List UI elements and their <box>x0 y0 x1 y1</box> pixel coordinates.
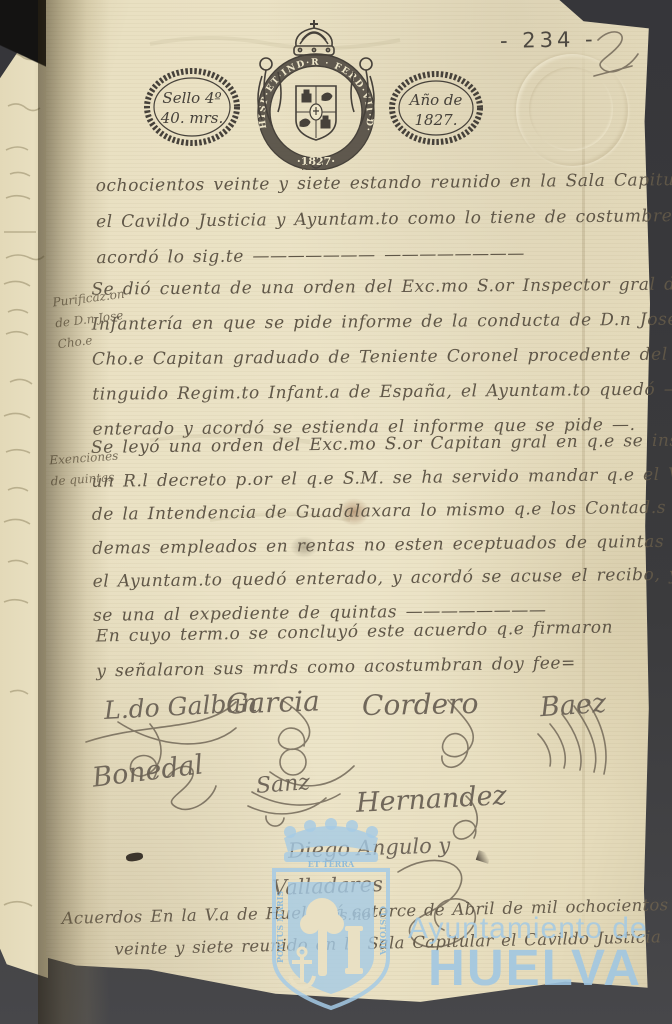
quartered-shield <box>296 86 336 140</box>
right-oval-stamp: Año de 1827. <box>388 68 484 148</box>
royal-coat-of-arms-stamp: HISP·ET·IND·R · FERD·VII·D·G ·1827· <box>252 12 380 170</box>
handwritten-line: el Ayuntam.to quedó enterado, y acordó s… <box>92 558 672 599</box>
dry-seal-inner-ring <box>529 67 613 151</box>
signature-baez: Baez <box>539 688 607 724</box>
signature-sanz: Sanz <box>255 770 311 799</box>
paragraph-royal-decree: Se leyó una orden del Exc.mo S.or Capita… <box>91 424 672 633</box>
margin-word-acuerdos: Acuerdos <box>61 907 142 928</box>
scanned-document-photo: Sello 4º 40. mrs. HISP·ET·IND·R · FERD·V… <box>0 0 672 1024</box>
paragraph-conduct-report: Se dió cuenta de una orden del Exc.mo S.… <box>91 267 672 447</box>
handwritten-line: Cho.e Capitan graduado de Teniente Coron… <box>92 337 672 377</box>
embossed-dry-seal <box>516 54 628 166</box>
stamp-price: 40. mrs. <box>160 109 223 127</box>
stamp-denomination: Sello 4º <box>162 89 221 107</box>
signature-cordero: Cordero <box>362 687 479 722</box>
paragraph-closing-formula: En cuyo term.o se concluyó este acuerdo … <box>95 610 614 689</box>
left-oval-stamp: Sello 4º 40. mrs. <box>142 64 242 150</box>
previous-page-text-remnants <box>0 0 48 978</box>
stamp-inner-ring <box>154 78 230 136</box>
handwritten-line: Se dió cuenta de una orden del Exc.mo S.… <box>91 267 672 307</box>
handwritten-line: ochocientos veinte y siete estando reuni… <box>95 162 672 204</box>
handwritten-line: Infantería en que se pide informe de la … <box>92 302 672 342</box>
signature-notary-surname: Valladares <box>272 872 384 900</box>
handwritten-line: tinguido Regim.to Infant.a de España, el… <box>92 372 672 412</box>
page-number: - 234 - <box>500 27 597 53</box>
paragraph-opening: ochocientos veinte y siete estando reuni… <box>95 162 672 276</box>
binding-shadow-corner <box>0 0 52 108</box>
royal-crown <box>294 20 334 55</box>
arms-band: HISP·ET·IND·R · FERD·VII·D·G ·1827· <box>252 12 374 170</box>
signature-garcia: Garcia <box>225 684 320 720</box>
handwritten-line: el Cavildo Justicia y Ayuntam.to como lo… <box>96 198 672 240</box>
stamp-year-label: Año de <box>408 91 463 109</box>
stamp-year-value: 1827. <box>415 111 458 129</box>
previous-page-edge <box>0 0 48 978</box>
cutoff-writing-strokes <box>4 53 44 906</box>
stamp-wreath-border <box>147 71 237 143</box>
